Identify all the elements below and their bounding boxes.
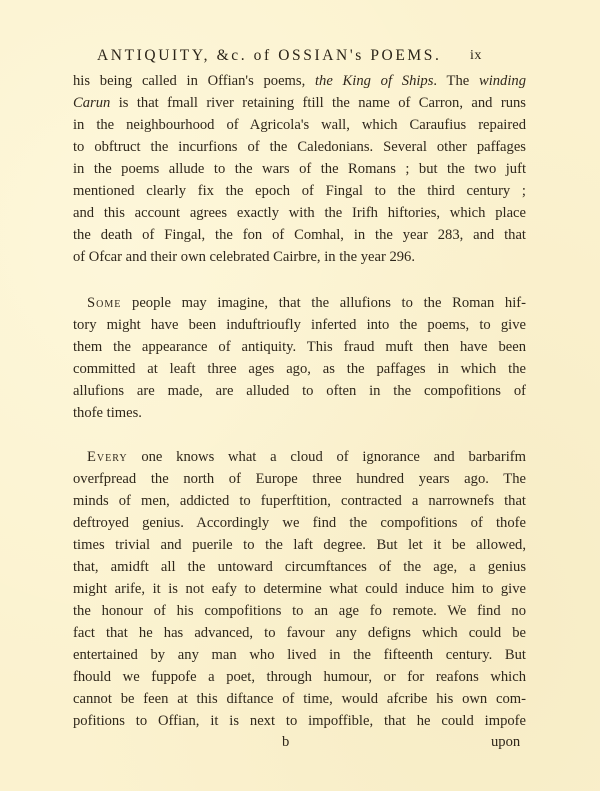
text-line: allufions are made, are alluded to often… xyxy=(73,380,526,402)
small-caps-lead: Some xyxy=(87,295,121,311)
footer-line: b upon xyxy=(73,731,526,753)
text-line: overfpread the north of Europe three hun… xyxy=(73,468,526,490)
text-line: minds of men, addicted to fuperftition, … xyxy=(73,490,526,512)
italic-word: Carun xyxy=(73,95,110,111)
catchword: upon xyxy=(491,731,520,753)
text-span: one knows what a cloud of ignorance and … xyxy=(128,449,526,465)
text-span: . The xyxy=(433,73,479,89)
text-line: Every one knows what a cloud of ignoranc… xyxy=(73,446,526,468)
running-head: ANTIQUITY, &c. of OSSIAN's POEMS. ix xyxy=(0,47,600,67)
text-line: pofitions to Offian, it is next to impof… xyxy=(73,710,526,732)
text-line: might arife, it is not eafy to determine… xyxy=(73,578,526,600)
text-line: fhould we fuppofe a poet, through humour… xyxy=(73,666,526,688)
text-line: Some people may imagine, that the allufi… xyxy=(73,292,526,314)
text-line: fact that he has advanced, to favour any… xyxy=(73,622,526,644)
text-line: Carun is that fmall river retaining ftil… xyxy=(73,92,526,114)
text-line: thofe times. xyxy=(73,402,526,424)
small-caps-lead: Every xyxy=(87,449,128,465)
text-line: the honour of his compofitions to an age… xyxy=(73,600,526,622)
text-line: deftroyed genius. Accordingly we find th… xyxy=(73,512,526,534)
page-number: ix xyxy=(470,48,482,64)
text-line: committed at leaft three ages ago, as th… xyxy=(73,358,526,380)
text-line: tory might have been induftrioufly infer… xyxy=(73,314,526,336)
text-line: to obftruct the incurfions of the Caledo… xyxy=(73,136,526,158)
text-span: is that fmall river retaining ftill the … xyxy=(110,95,526,111)
text-line: mentioned clearly fix the epoch of Finga… xyxy=(73,180,526,202)
text-line: and this account agrees exactly with the… xyxy=(73,202,526,224)
text-line: in the poems allude to the wars of the R… xyxy=(73,158,526,180)
text-line: cannot be feen at this diftance of time,… xyxy=(73,688,526,710)
text-span: people may imagine, that the allufions t… xyxy=(121,295,526,311)
italic-word: winding xyxy=(479,73,526,89)
text-line: of Ofcar and their own celebrated Cairbr… xyxy=(73,246,526,268)
text-line: entertained by any man who lived in the … xyxy=(73,644,526,666)
text-line: his being called in Offian's poems, the … xyxy=(73,70,526,92)
text-line: in the neighbourhood of Agricola's wall,… xyxy=(73,114,526,136)
signature-mark: b xyxy=(282,731,289,753)
italic-phrase: the King of Ships xyxy=(315,73,433,89)
text-line: the death of Fingal, the fon of Comhal, … xyxy=(73,224,526,246)
text-span: his being called in Offian's poems, xyxy=(73,73,315,89)
text-line: times trivial and puerile to the laft de… xyxy=(73,534,526,556)
running-title: ANTIQUITY, &c. of OSSIAN's POEMS. xyxy=(97,47,442,65)
text-line: them the appearance of antiquity. This f… xyxy=(73,336,526,358)
book-page: ANTIQUITY, &c. of OSSIAN's POEMS. ix his… xyxy=(0,0,600,791)
text-line: that, amidft all the untoward circumftan… xyxy=(73,556,526,578)
